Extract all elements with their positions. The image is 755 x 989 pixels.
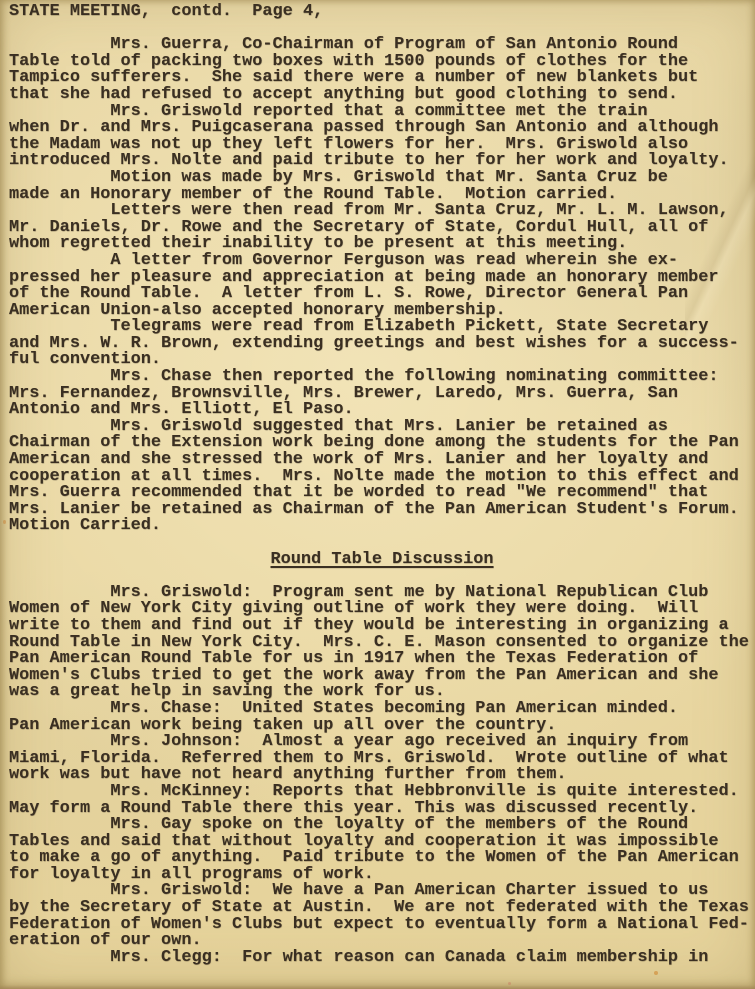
paragraph: Mrs. Chase then reported the following n… [9, 369, 755, 419]
paragraph: Mrs. Griswold suggested that Mrs. Lanier… [9, 419, 755, 535]
paragraph: Letters were then read from Mr. Santa Cr… [9, 203, 755, 253]
page-header: STATE MEETING, contd. Page 4, [9, 4, 755, 21]
paragraph: Mrs. Guerra, Co-Chairman of Program of S… [9, 37, 755, 103]
paragraph: Mrs. Griswold: We have a Pan American Ch… [9, 883, 755, 949]
paragraph: Mrs. Griswold reported that a committee … [9, 104, 755, 170]
paragraph: Motion was made by Mrs. Griswold that Mr… [9, 170, 755, 203]
paragraph: Mrs. McKinney: Reports that Hebbronville… [9, 784, 755, 817]
paragraph: Mrs. Gay spoke on the loyalty of the mem… [9, 817, 755, 883]
paragraph: Mrs. Johnson: Almost a year ago received… [9, 734, 755, 784]
document-text: STATE MEETING, contd. Page 4, Mrs. Guerr… [0, 0, 755, 989]
document-page: STATE MEETING, contd. Page 4, Mrs. Guerr… [0, 0, 755, 989]
paragraph: A letter from Governor Ferguson was read… [9, 253, 755, 319]
paragraph: Mrs. Clegg: For what reason can Canada c… [9, 950, 755, 967]
paragraph: Mrs. Chase: United States becoming Pan A… [9, 701, 755, 734]
paragraph: Mrs. Griswold: Program sent me by Nation… [9, 585, 755, 701]
paragraph: Telegrams were read from Elizabeth Picke… [9, 319, 755, 369]
section-heading: Round Table Discussion [9, 552, 755, 569]
